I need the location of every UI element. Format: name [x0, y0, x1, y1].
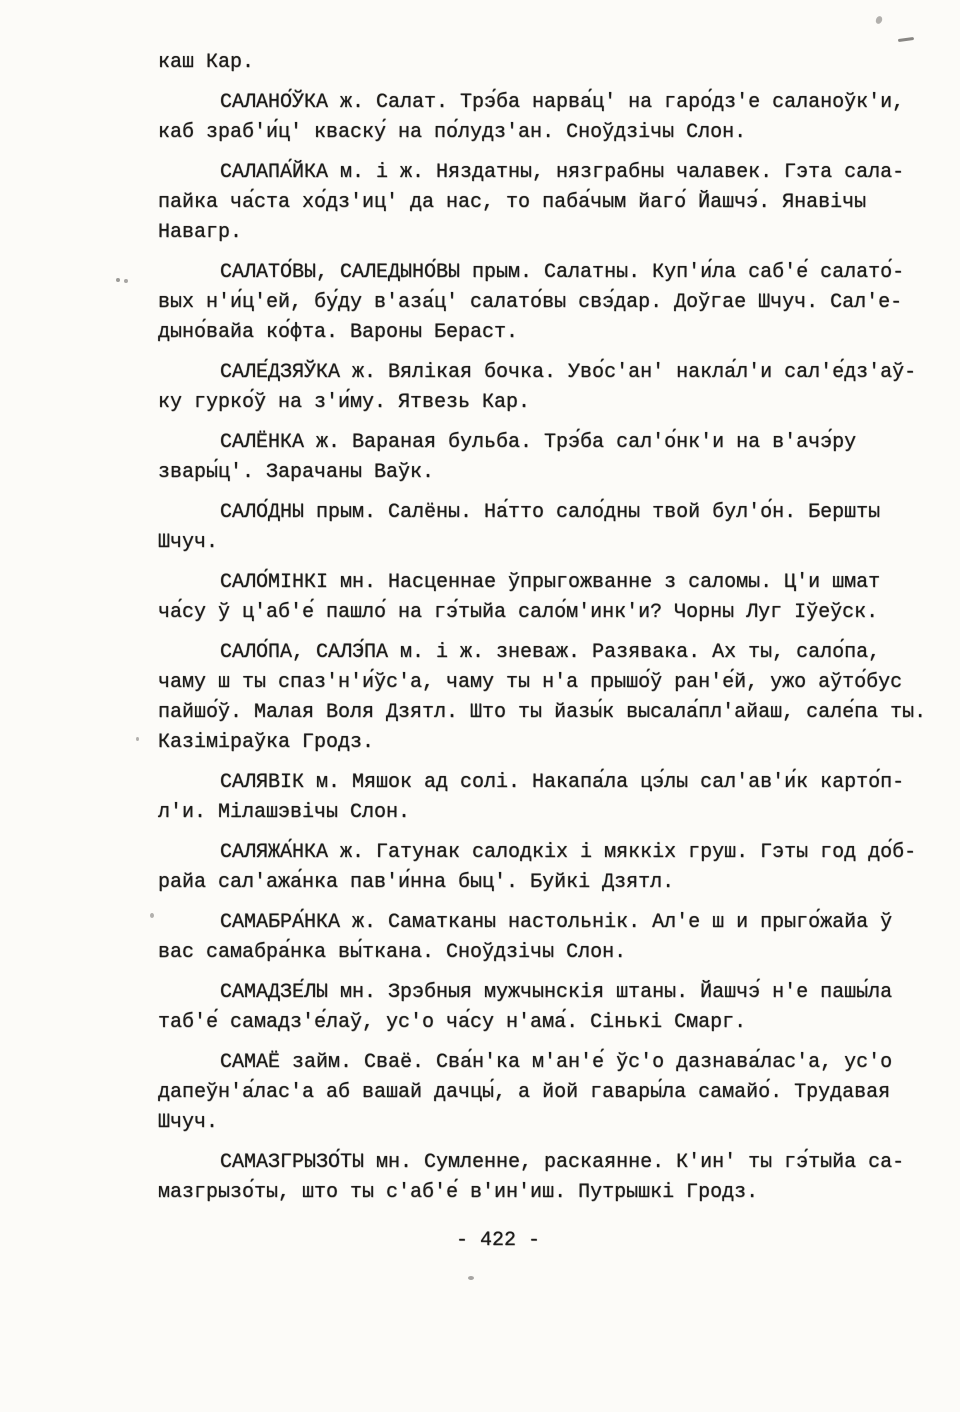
entry-salatovy: САЛАТО́ВЫ, САЛЕДЫНО́ВЫ прым. Салатны. Ку…: [158, 258, 940, 348]
entry-samayo: САМАЁ займ. Сваё. Сва́н'ка м'ан'е́ ўс'о …: [158, 1048, 940, 1138]
scanned-dictionary-page: каш Кар. САЛАНО́ЎКА ж. Салат. Трэ́ба нар…: [0, 0, 960, 1412]
scan-artifact: [468, 1276, 474, 1280]
entry-salapaika: САЛАПА́ЙКА м. і ж. Няздатны, нязграбны ч…: [158, 158, 940, 248]
entry-samazgryzoty: САМАЗГРЫЗО́ТЫ мн. Сумленне, раскаянне. К…: [158, 1148, 940, 1208]
scan-artifact: [116, 278, 120, 282]
entry-salyavik: САЛЯВІК м. Мяшок ад солі. Накапа́ла цэ́л…: [158, 768, 940, 828]
entry-samabranka: САМАБРА́НКА ж. Саматканы настольнік. Ал'…: [158, 908, 940, 968]
entry-salopa: САЛО́ПА, САЛЭ́ПА м. і ж. зневаж. Разявак…: [158, 638, 940, 758]
dictionary-text-block: каш Кар. САЛАНО́ЎКА ж. Салат. Трэ́ба нар…: [158, 48, 940, 1256]
entry-salominki: САЛО́МІНКІ мн. Насценнае ўпрыгожванне з …: [158, 568, 940, 628]
entry-salodny: САЛО́ДНЫ прым. Салёны. На́тто сало́дны т…: [158, 498, 940, 558]
entry-salanouka: САЛАНО́ЎКА ж. Салат. Трэ́ба нарва́ц' на …: [158, 88, 940, 148]
scan-artifact: [150, 913, 154, 918]
scan-artifact: [136, 737, 139, 741]
entry-saledzyauka: САЛЕ́ДЗЯЎКА ж. Вялікая бочка. Уво́с'ан' …: [158, 358, 940, 418]
entry-continuation-kash: каш Кар.: [158, 48, 940, 78]
entry-salyonka: САЛЁНКА ж. Вараная бульба. Трэ́ба сал'о́…: [158, 428, 940, 488]
entry-salyazhanka: САЛЯЖА́НКА ж. Гатунак салодкіх і мяккіх …: [158, 838, 940, 898]
page-number: - 422 -: [158, 1226, 838, 1256]
scan-artifact: [875, 15, 884, 25]
entry-samadzely: САМАДЗЕ́ЛЫ мн. Зрэбныя мужчынскія штаны.…: [158, 978, 940, 1038]
scan-artifact: [898, 37, 914, 42]
